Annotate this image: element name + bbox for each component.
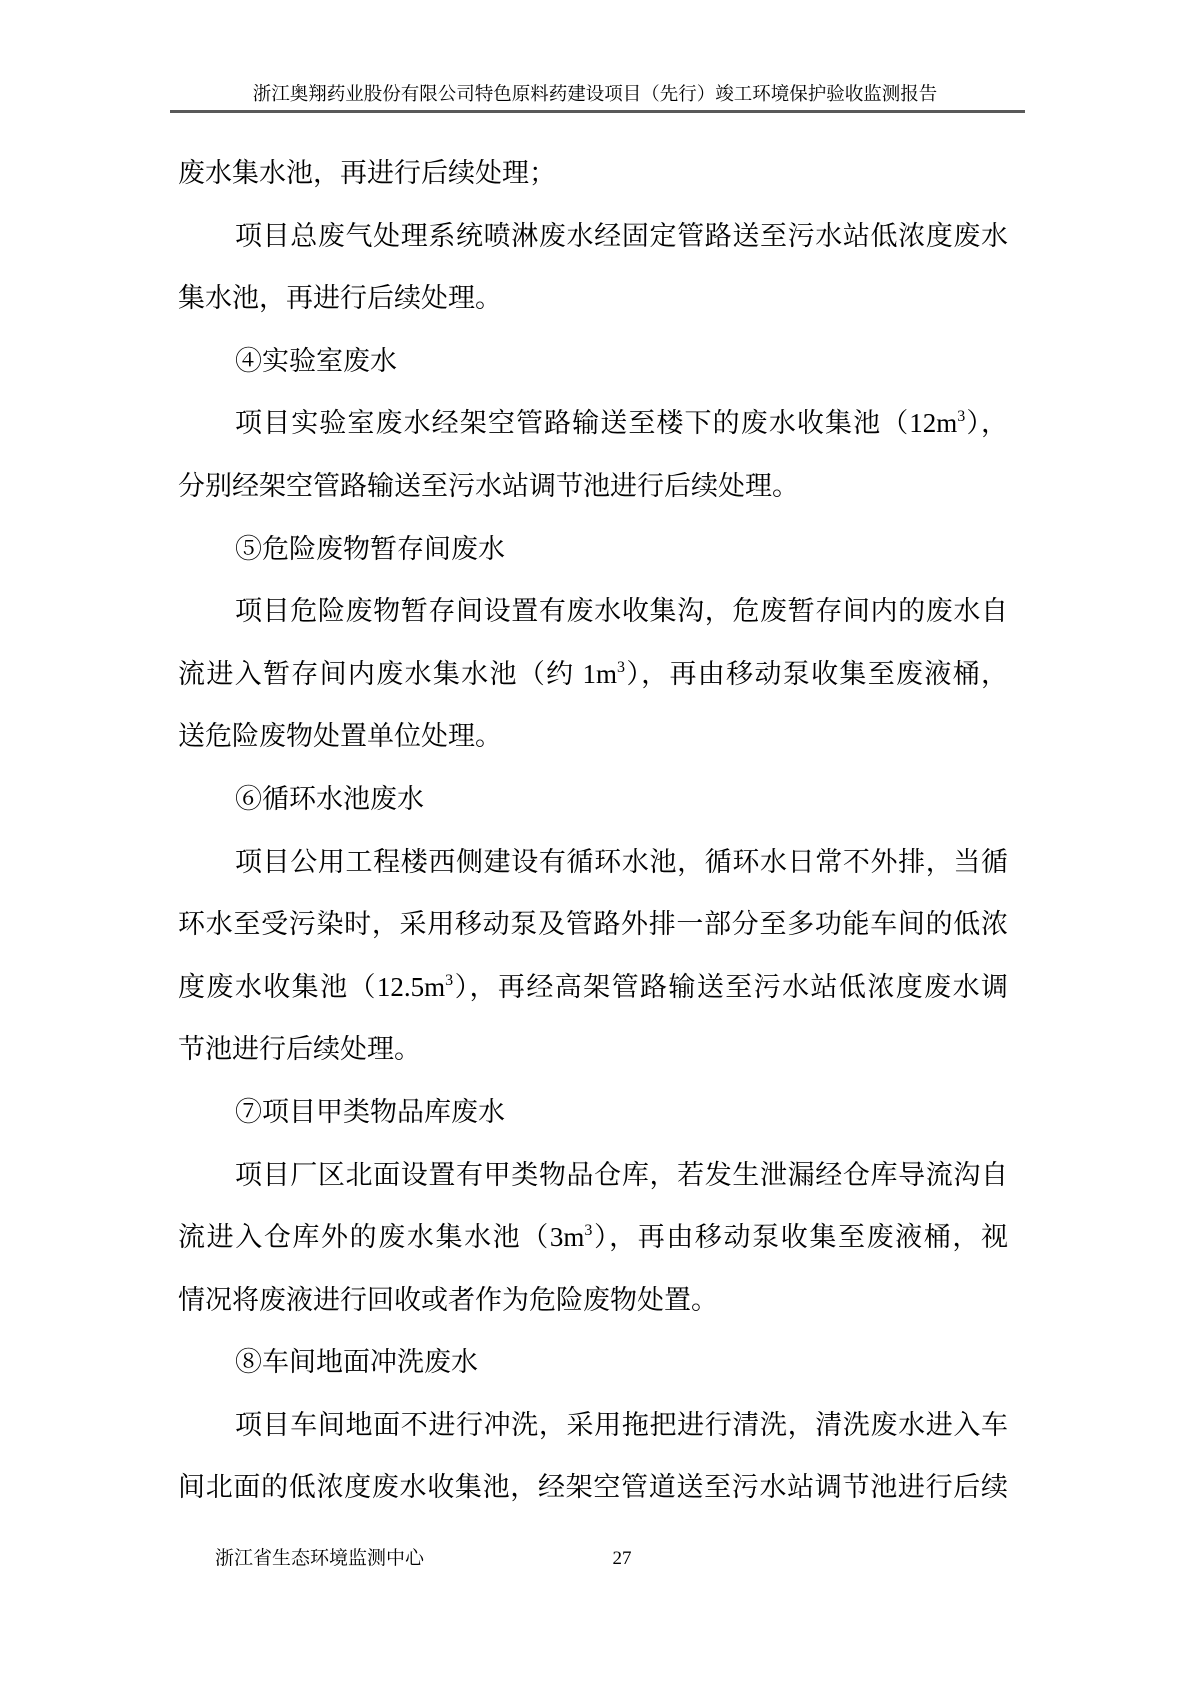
text-line: 情况将废液进行回收或者作为危险废物处置。 — [178, 1269, 1008, 1332]
text-line: 度废水收集池（12.5m3），再经高架管路输送至污水站低浓度废水调 — [178, 956, 1008, 1019]
text-segment: ），再由移动泵收集至废液桶，视 — [592, 1222, 1008, 1252]
text-line: 项目危险废物暂存间设置有废水收集沟，危废暂存间内的废水自 — [178, 580, 1008, 643]
page-number: 27 — [602, 1547, 642, 1571]
text-segment: 分别经架空管路输送至污水站调节池进行后续处理。 — [178, 471, 799, 501]
text-line: ⑦项目甲类物品库废水 — [178, 1081, 1008, 1144]
document-body: 废水集水池，再进行后续处理；项目总废气处理系统喷淋废水经固定管路送至污水站低浓度… — [178, 142, 1008, 1519]
text-segment: ④实验室废水 — [235, 346, 397, 376]
text-segment: 度废水收集池（12.5m — [178, 972, 445, 1002]
text-line: 项目厂区北面设置有甲类物品仓库，若发生泄漏经仓库导流沟自 — [178, 1144, 1008, 1207]
text-segment: 项目实验室废水经架空管路输送至楼下的废水收集池（12m — [235, 408, 957, 438]
text-segment: ⑤危险废物暂存间废水 — [235, 534, 505, 564]
text-segment: ），再经高架管路输送至污水站低浓度废水调 — [453, 972, 1008, 1002]
text-segment: ⑥循环水池废水 — [235, 784, 424, 814]
document-page: 浙江奥翔药业股份有限公司特色原料药建设项目（先行）竣工环境保护验收监测报告 废水… — [0, 0, 1190, 1683]
text-segment: 项目厂区北面设置有甲类物品仓库，若发生泄漏经仓库导流沟自 — [235, 1160, 1008, 1190]
text-segment: 项目总废气处理系统喷淋废水经固定管路送至污水站低浓度废水 — [235, 221, 1008, 251]
page-header-title: 浙江奥翔药业股份有限公司特色原料药建设项目（先行）竣工环境保护验收监测报告 — [0, 84, 1190, 106]
text-line: 项目实验室废水经架空管路输送至楼下的废水收集池（12m3）， — [178, 392, 1008, 455]
text-segment: ⑦项目甲类物品库废水 — [235, 1097, 505, 1127]
text-segment: 送危险废物处置单位处理。 — [178, 721, 502, 751]
text-line: 项目总废气处理系统喷淋废水经固定管路送至污水站低浓度废水 — [178, 205, 1008, 268]
text-line: 分别经架空管路输送至污水站调节池进行后续处理。 — [178, 455, 1008, 518]
text-segment: 项目危险废物暂存间设置有废水收集沟，危废暂存间内的废水自 — [235, 596, 1008, 626]
text-line: 环水至受污染时，采用移动泵及管路外排一部分至多功能车间的低浓 — [178, 893, 1008, 956]
text-line: 间北面的低浓度废水收集池，经架空管道送至污水站调节池进行后续 — [178, 1456, 1008, 1519]
text-segment: ⑧车间地面冲洗废水 — [235, 1347, 478, 1377]
text-segment: 情况将废液进行回收或者作为危险废物处置。 — [178, 1285, 718, 1315]
text-segment: 废水集水池，再进行后续处理； — [178, 158, 556, 188]
text-line: 节池进行后续处理。 — [178, 1018, 1008, 1081]
text-line: 流进入仓库外的废水集水池（3m3），再由移动泵收集至废液桶，视 — [178, 1206, 1008, 1269]
text-segment: 间北面的低浓度废水收集池，经架空管道送至污水站调节池进行后续 — [178, 1472, 1008, 1502]
text-line: 项目公用工程楼西侧建设有循环水池，循环水日常不外排，当循 — [178, 831, 1008, 894]
text-segment: 项目公用工程楼西侧建设有循环水池，循环水日常不外排，当循 — [235, 847, 1008, 877]
header-divider — [170, 110, 1025, 113]
text-line: 集水池，再进行后续处理。 — [178, 267, 1008, 330]
text-line: ④实验室废水 — [178, 330, 1008, 393]
text-segment: 环水至受污染时，采用移动泵及管路外排一部分至多功能车间的低浓 — [178, 909, 1008, 939]
text-line: 流进入暂存间内废水集水池（约 1m3），再由移动泵收集至废液桶， — [178, 643, 1008, 706]
superscript: 3 — [617, 659, 625, 676]
text-segment: ），再由移动泵收集至废液桶， — [625, 659, 1008, 689]
superscript: 3 — [445, 972, 453, 989]
text-line: 送危险废物处置单位处理。 — [178, 705, 1008, 768]
text-line: ⑤危险废物暂存间废水 — [178, 518, 1008, 581]
text-line: ⑧车间地面冲洗废水 — [178, 1331, 1008, 1394]
text-segment: 集水池，再进行后续处理。 — [178, 283, 502, 313]
text-segment: 项目车间地面不进行冲洗，采用拖把进行清洗，清洗废水进入车 — [235, 1410, 1008, 1440]
text-line: 废水集水池，再进行后续处理； — [178, 142, 1008, 205]
text-line: 项目车间地面不进行冲洗，采用拖把进行清洗，清洗废水进入车 — [178, 1394, 1008, 1457]
footer-organization: 浙江省生态环境监测中心 — [215, 1547, 424, 1571]
text-segment: ）， — [965, 408, 1008, 438]
text-segment: 流进入暂存间内废水集水池（约 1m — [178, 659, 617, 689]
text-segment: 流进入仓库外的废水集水池（3m — [178, 1222, 584, 1252]
text-line: ⑥循环水池废水 — [178, 768, 1008, 831]
text-segment: 节池进行后续处理。 — [178, 1034, 421, 1064]
